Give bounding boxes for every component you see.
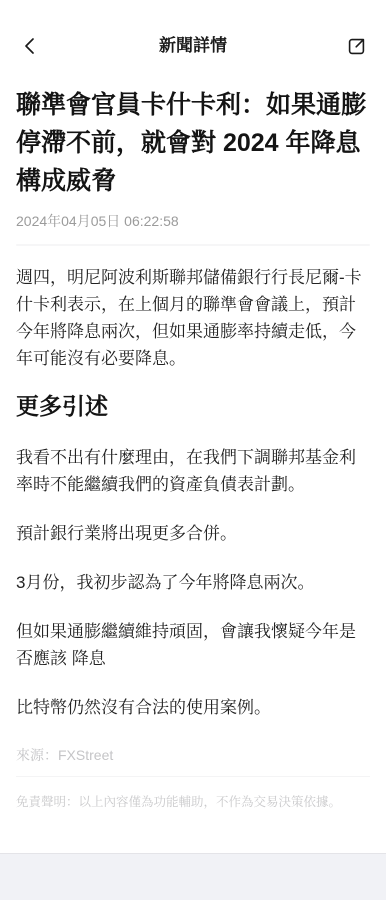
article-headline: 聯準會官員卡什卡利：如果通膨停滯不前，就會對 2024 年降息構成威脅 bbox=[16, 86, 370, 200]
section-heading-more-quotes: 更多引述 bbox=[16, 390, 370, 422]
divider bbox=[16, 776, 370, 777]
top-nav-bar: 新聞詳情 bbox=[0, 0, 386, 66]
bottom-bar bbox=[0, 853, 386, 900]
quote-paragraph: 3月份，我初步認為了今年將降息兩次。 bbox=[16, 569, 370, 596]
share-button[interactable] bbox=[342, 32, 370, 60]
article-source: 來源：FXStreet bbox=[16, 745, 370, 765]
article-content: 聯準會官員卡什卡利：如果通膨停滯不前，就會對 2024 年降息構成威脅 2024… bbox=[0, 86, 386, 811]
article-timestamp: 2024年04月05日 06:22:58 bbox=[16, 212, 370, 230]
quote-paragraph: 比特幣仍然沒有合法的使用案例。 bbox=[16, 694, 370, 721]
back-button[interactable] bbox=[16, 32, 44, 60]
external-link-icon bbox=[346, 36, 367, 57]
quote-paragraph: 我看不出有什麼理由，在我們下調聯邦基金利率時不能繼續我們的資產負債表計劃。 bbox=[16, 444, 370, 498]
divider bbox=[16, 244, 370, 246]
quote-paragraph: 但如果通膨繼續維持頑固，會讓我懷疑今年是否應該 降息 bbox=[16, 618, 370, 672]
article-lead-paragraph: 週四，明尼阿波利斯聯邦儲備銀行行長尼爾-卡什卡利表示，在上個月的聯準會會議上，預… bbox=[16, 264, 370, 372]
page-title: 新聞詳情 bbox=[0, 26, 386, 66]
disclaimer-text: 免責聲明：以上內容僅為功能輔助，不作為交易決策依據。 bbox=[16, 794, 370, 811]
chevron-left-icon bbox=[19, 35, 41, 57]
quote-paragraph: 預計銀行業將出現更多合併。 bbox=[16, 520, 370, 547]
